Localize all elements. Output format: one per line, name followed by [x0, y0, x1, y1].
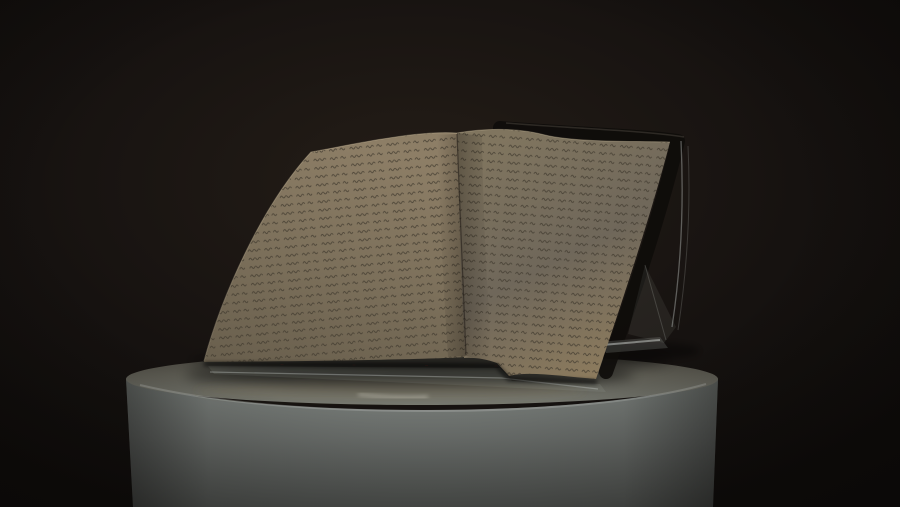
photo-stage [0, 0, 900, 507]
vignette-overlay [0, 0, 900, 507]
scene-svg [0, 0, 900, 507]
